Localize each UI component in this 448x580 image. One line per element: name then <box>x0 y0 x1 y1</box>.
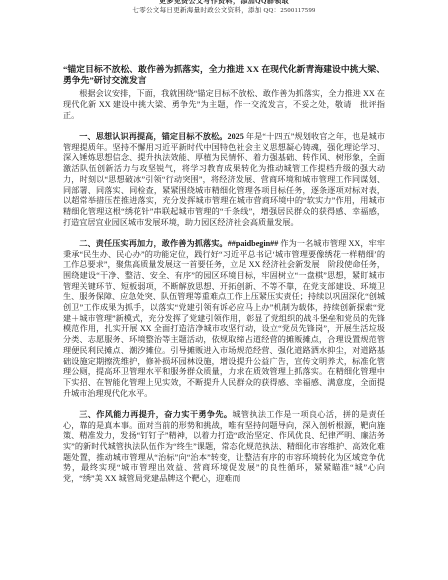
section-1-year: 2025 <box>228 132 244 141</box>
document-page: 更多免费公文写作资料，添加QQ群领取 七零公文每日更新海量时政公文资料，添加 Q… <box>0 0 448 580</box>
paragraph-intro: 根据会议安排，下面，我就围绕“锚定目标不放松、敢作善为抓落实，全力推进 XX 在… <box>63 89 385 121</box>
section-1-heading: 一、思想认识再提高，锚定目标不放松。 <box>79 132 227 141</box>
document-title: “锚定目标不放松、敢作善为抓落实，全力推进 XX 在现代化新青海建设中挑大梁、勇… <box>63 64 385 86</box>
section-3-heading: 三、作风能力再提升，奋力实干勇争先。 <box>79 410 232 419</box>
paragraph-section-1: 一、思想认识再提高，锚定目标不放松。2025 年是“十四五”规划收官之年，也是城… <box>63 132 385 228</box>
document-content: “锚定目标不放松、敢作善为抓落实，全力推进 XX 在现代化新青海建设中挑大梁、勇… <box>63 64 385 485</box>
paragraph-section-3: 三、作风能力再提升，奋力实干勇争先。城管执法工作是一项良心活，拼的是责任心，靠的… <box>63 410 385 485</box>
paragraph-section-2: 二、责任压实再加力，敢作善为抓落实。##paidbegin## 作为一名城市管理… <box>63 239 385 400</box>
watermark-header: 更多免费公文写作资料，添加QQ群领取 七零公文每日更新海量时政公文资料，添加 Q… <box>0 0 448 15</box>
section-2-text: 作为一名城市管理 XX，牢牢秉承“民生办、民心办”的功能定位，践行好“习近平总书… <box>63 239 385 398</box>
section-1-text: 年是“十四五”规划收官之年，也是城市管理提质年。坚持不懈用习近平新时代中国特色社… <box>63 132 385 227</box>
section-2-heading: 二、责任压实再加力，敢作善为抓落实。 <box>79 239 227 248</box>
section-3-text: 城管执法工作是一项良心活，拼的是责任心，靠的是真本事。面对当前的形势和挑战，唯有… <box>63 410 385 483</box>
paid-begin-marker: ##paidbegin## <box>228 239 279 248</box>
watermark-line1: 更多免费公文写作资料，添加QQ群领取 <box>0 0 448 6</box>
watermark-line2: 七零公文每日更新海量时政公文资料，添加 QQ：2500117599 <box>0 7 448 15</box>
intro-text: 根据会议安排，下面，我就围绕“锚定目标不放松、敢作善为抓落实，全力推进 XX 在… <box>63 89 385 119</box>
